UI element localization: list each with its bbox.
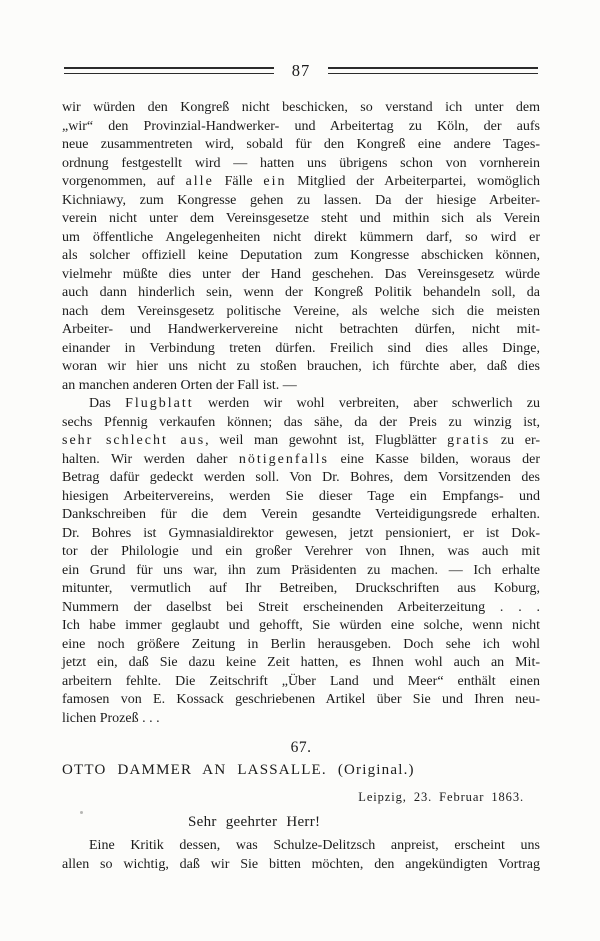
- page-header: 87: [64, 62, 538, 79]
- text-column: wir würden den Kongreß nicht beschicken,…: [62, 99, 540, 874]
- text-line: vielmehr müßte dies unter der Hand gesch…: [62, 266, 540, 285]
- text-line: verein nicht unter dem Vereinsgesetze st…: [62, 210, 540, 229]
- page-number: 87: [292, 63, 311, 80]
- text-line: Kichniawy, zum Kongresse gehen zu lassen…: [62, 192, 540, 211]
- text-line: Ich habe immer geglaubt und gehofft, Sie…: [62, 617, 540, 636]
- text-line: sechs Pfennig verkaufen können; das sähe…: [62, 414, 540, 433]
- text-line: lichen Prozeß . . .: [62, 710, 540, 729]
- text-line: Betrag dafür gedeckt werden soll. Von Dr…: [62, 469, 540, 488]
- scan-speck: [80, 811, 83, 814]
- text-line: auch dann hinderlich sein, wenn der Kong…: [62, 284, 540, 303]
- letter-dateline: Leipzig, 23. Februar 1863.: [62, 790, 540, 805]
- text-line: neue zusammentreten wird, sobald für den…: [62, 136, 540, 155]
- text-line: famosen von E. Kossack geschriebenen Art…: [62, 691, 540, 710]
- text-line: um öffentliche Angelegenheiten nicht dir…: [62, 229, 540, 248]
- text-line: wir würden den Kongreß nicht beschicken,…: [62, 99, 540, 118]
- letter-salutation: Sehr geehrter Herr!: [188, 814, 540, 831]
- body-text-block: wir würden den Kongreß nicht beschicken,…: [62, 99, 540, 728]
- text-line: Eine Kritik dessen, was Schulze-Delitzsc…: [62, 837, 540, 856]
- letterspaced-text: nötigenfalls: [239, 452, 329, 467]
- header-rule-left: [64, 67, 274, 74]
- book-page: 87 wir würden den Kongreß nicht beschick…: [0, 0, 600, 941]
- text-line: arbeitern fehlte. Die Zeitschrift „Über …: [62, 673, 540, 692]
- text-line: mitunter, vermutlich auf Ihr Betreiben, …: [62, 580, 540, 599]
- text-line: Nummern der daselbst bei Streit erschein…: [62, 599, 540, 618]
- letterspaced-text: alle: [186, 174, 214, 189]
- letterspaced-text: sehr schlecht aus: [62, 433, 205, 448]
- text-line: halten. Wir werden daher nötigenfalls ei…: [62, 451, 540, 470]
- text-line: ein Grund für uns war, ihn zum Präsident…: [62, 562, 540, 581]
- text-line: Dr. Bohres ist Gymnasialdirektor gewesen…: [62, 525, 540, 544]
- text-line: Arbeiter- und Handwerkervereine nicht be…: [62, 321, 540, 340]
- letter-heading: OTTO DAMMER AN LASSALLE. (Original.): [62, 762, 540, 779]
- letterspaced-text: gratis: [447, 433, 490, 448]
- header-rule-right: [328, 67, 538, 74]
- letterspaced-text: ein: [263, 174, 286, 189]
- text-line: „wir“ den Provinzial-Handwerker- und Arb…: [62, 118, 540, 137]
- text-line: nach dem Vereinsgesetz politische Verein…: [62, 303, 540, 322]
- text-line: Dankschreiben für die dem Verein gesandt…: [62, 506, 540, 525]
- text-line: Das Flugblatt werden wir wohl verbreiten…: [62, 395, 540, 414]
- text-line: eine noch größere Zeitung in Berlin hera…: [62, 636, 540, 655]
- text-line: woran wir hier uns nicht zu stoßen brauc…: [62, 358, 540, 377]
- text-line: ordnung festgestellt wird — hatten uns ü…: [62, 155, 540, 174]
- letter-body-block: Eine Kritik dessen, was Schulze-Delitzsc…: [62, 837, 540, 874]
- text-line: sehr schlecht aus, weil man gewohnt ist,…: [62, 432, 540, 451]
- letterspaced-text: Flugblatt: [125, 396, 194, 411]
- text-line: als solcher offiziell keine Deputation z…: [62, 247, 540, 266]
- text-line: einander in Verbindung treten dürfen. Fr…: [62, 340, 540, 359]
- text-line: allen so wichtig, daß wir Sie bitten möc…: [62, 856, 540, 875]
- letter-number: 67.: [62, 739, 540, 757]
- text-line: jetzt ein, daß Sie dazu keine Zeit hatte…: [62, 654, 540, 673]
- text-line: vorgenommen, auf alle Fälle ein Mitglied…: [62, 173, 540, 192]
- text-line: an manchen anderen Orten der Fall ist. —: [62, 377, 540, 396]
- text-line: tor der Philologie und ein großer Verehr…: [62, 543, 540, 562]
- text-line: hiesigen Arbeitervereins, werden Sie die…: [62, 488, 540, 507]
